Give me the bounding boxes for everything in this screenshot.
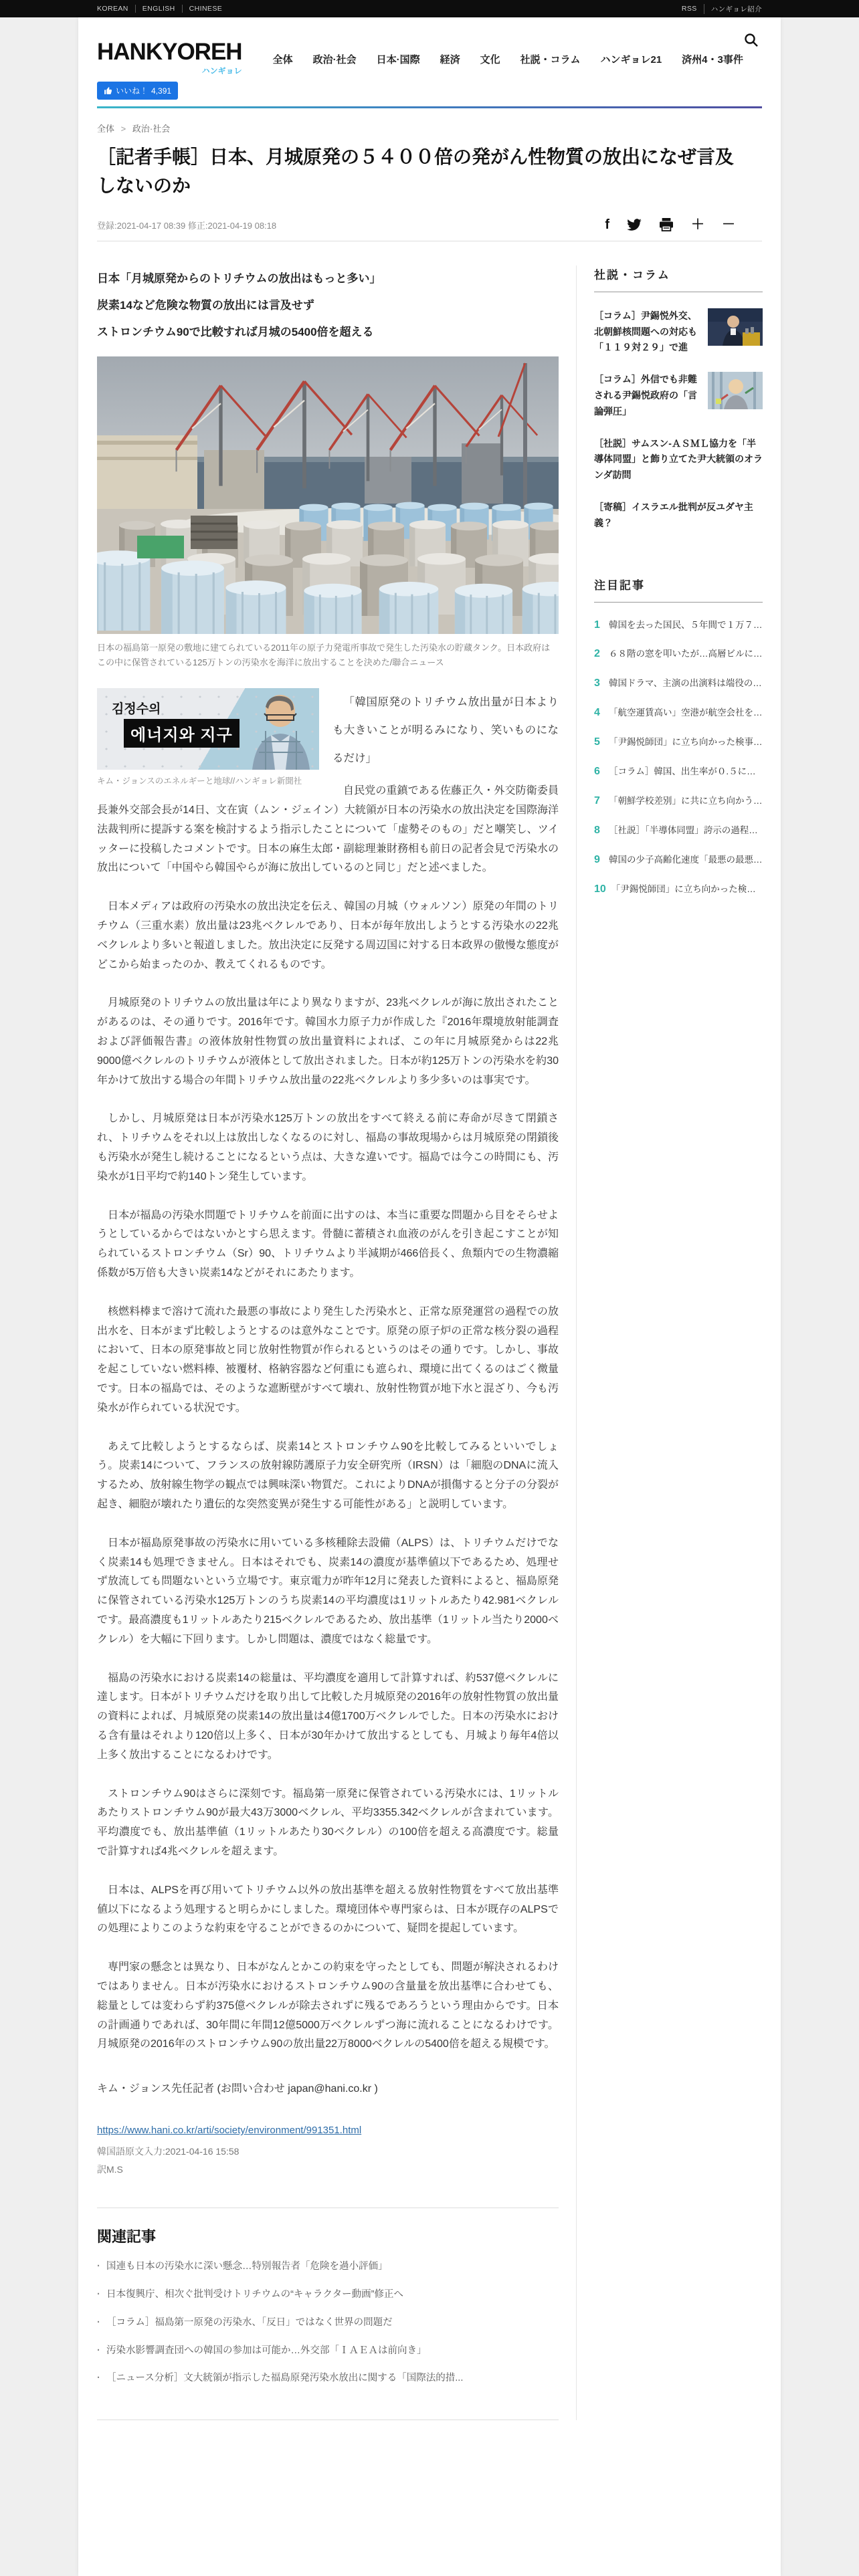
featured-item-title: 「尹錫悦師団」に立ち向かった検事と「ソウ... [611,883,763,896]
nav-culture[interactable]: 文化 [480,52,500,66]
article-paragraph: ストロンチウム90はさらに深刻です。福島第一原発に保管されている汚染水には、1リ… [97,1785,559,1862]
lang-english-link[interactable]: ENGLISH [135,5,175,13]
lede-line: 日本「月城原発からのトリチウムの放出はもっと多い」 [97,265,559,292]
photo-caption: 日本の福島第一原発の敷地に建てられている2011年の原子力発電所事故で発生した汚… [97,641,559,671]
editorial-item-title: ［社説］サムスン-ＡＳＭＬ協力を「半導体同盟」と飾り立てた尹大統領のオランダ訪問 [594,436,763,484]
featured-item[interactable]: 8［社説］「半導体同盟」誇示の過程で韓国大使... [594,825,763,837]
article-paragraph: 日本は、ALPSを再び用いてトリチウム以外の放出基準を超える放射性物質をすべて放… [97,1881,559,1939]
sidebar: 社説・コラム ［コラム］尹錫悦外交、北朝鮮核問題への対応も「１１９対２９」で進 … [577,265,763,2420]
lede-line: ストロンチウム90で比較すれば月城の5400倍を超える [97,319,559,346]
editorial-item[interactable]: ［コラム］尹錫悦外交、北朝鮮核問題への対応も「１１９対２９」で進 [594,308,763,356]
article-lede: 日本「月城原発からのトリチウムの放出はもっと多い」 炭素14など危険な物質の放出… [97,265,559,346]
featured-item-title: 韓国の少子高齢化速度「最悪の最悪」…すべて... [609,854,763,867]
featured-item-rank: 7 [594,795,603,807]
font-larger-icon[interactable]: ＋ [691,218,704,231]
related-article-link[interactable]: 日本復興庁、相次ぐ批判受けトリチウムの“キャラクター動画”修正へ [97,2288,559,2302]
related-articles-heading: 関連記事 [97,2226,559,2246]
featured-item-rank: 5 [594,736,603,748]
editorial-item-title: ［寄稿］イスラエル批判が反ユダヤ主義？ [594,500,763,532]
sidebar-divider [594,292,763,292]
featured-item[interactable]: 4「航空運賃高い」空港が航空会社を批判…値上... [594,707,763,720]
featured-item-rank: 1 [594,619,603,631]
article-photo-figure: 日本の福島第一原発の敷地に建てられている2011年の原子力発電所事故で発生した汚… [97,356,559,671]
editorial-item[interactable]: ［コラム］外信でも非難される尹錫悦政府の「言論弾圧」 [594,372,763,419]
translator-credit: 訳M.S [97,2161,559,2179]
featured-item-rank: 6 [594,766,603,778]
featured-item-title: ６８階の窓を叩いたが…高層ビルに登ってきた... [609,648,763,661]
sidebar-featured-heading: 注目記事 [594,576,763,593]
related-articles-section: 関連記事 国連も日本の汚染水に深い懸念…特別報告者「危険を過小評価」 日本復興庁… [97,2208,559,2420]
nav-jeju43[interactable]: 済州4・3事件 [682,52,743,66]
about-hankyoreh-link[interactable]: ハンギョレ紹介 [704,4,762,14]
featured-item-rank: 8 [594,825,603,837]
featured-item[interactable]: 3韓国ドラマ、主演の出演料は端役の最大２千倍... [594,677,763,690]
page-container: HANKYOREH ハンギョレ いいね！ 4,391 全体 政治·社会 日本·国… [78,17,781,2576]
header-accent-line [97,106,762,108]
related-articles-list: 国連も日本の汚染水に深い懸念…特別報告者「危険を過小評価」 日本復興庁、相次ぐ批… [97,2260,559,2386]
thumbs-up-icon [104,86,112,95]
breadcrumb: 全体 > 政治·社会 [97,122,762,134]
print-icon[interactable] [659,218,674,231]
article-body-column: 日本「月城原発からのトリチウムの放出はもっと多い」 炭素14など危険な物質の放出… [97,265,577,2420]
article-paragraph: 日本が福島原発事故の汚染水に用いている多核種除去設備（ALPS）は、トリチウムだ… [97,1534,559,1650]
page-title: ［記者手帳］日本、月城原発の５４００倍の発がん性物質の放出になぜ言及しないのか [97,142,739,201]
editorial-item-title: ［コラム］尹錫悦外交、北朝鮮核問題への対応も「１１９対２９」で進 [594,308,700,356]
article-meta-row: 登録:2021-04-17 08:39 修正:2021-04-19 08:18 … [97,218,762,241]
featured-item-title: 韓国ドラマ、主演の出演料は端役の最大２千倍... [609,677,763,690]
related-article-link[interactable]: 国連も日本の汚染水に深い懸念…特別報告者「危険を過小評価」 [97,2260,559,2274]
related-article-link[interactable]: ［ニュース分析］文大統領が指示した福島原発汚染水放出に関する「国際法的措... [97,2371,559,2386]
featured-item[interactable]: 9韓国の少子高齢化速度「最悪の最悪」…すべて... [594,854,763,867]
search-button[interactable] [743,32,759,50]
article-paragraph: 核燃料棒まで溶けて流れた最悪の事故により発生した汚染水と、正常な原発運営の過程で… [97,1303,559,1418]
featured-item-rank: 9 [594,854,603,866]
breadcrumb-home[interactable]: 全体 [97,124,114,134]
related-article-link[interactable]: ［コラム］福島第一原発の汚染水、「反日」ではなく世界の問題だ [97,2316,559,2331]
lede-line: 炭素14など危険な物質の放出には言及せず [97,292,559,319]
fukushima-tank-farm-photo [97,356,559,634]
editorial-item-thumbnail [708,308,763,346]
featured-item[interactable]: 2６８階の窓を叩いたが…高層ビルに登ってきた... [594,648,763,661]
main-nav: 全体 政治·社会 日本·国際 経済 文化 社説・コラム ハンギョレ21 済州4・… [273,52,743,66]
featured-item-title: 「朝鮮学校差別」に共に立ち向かう日本の市民... [609,795,763,808]
source-article-link[interactable]: https://www.hani.co.kr/arti/society/envi… [97,2125,559,2136]
twitter-share-icon[interactable] [627,219,642,231]
nav-hankyoreh21[interactable]: ハンギョレ21 [600,52,662,66]
like-label: いいね！ [116,85,148,96]
featured-item[interactable]: 7「朝鮮学校差別」に共に立ち向かう日本の市民... [594,795,763,808]
breadcrumb-separator: > [121,124,126,134]
nav-economy[interactable]: 経済 [440,52,460,66]
author-banner-image: 김정수의 에너지와 지구 [97,688,319,770]
featured-item-title: 「尹錫悦師団」に立ち向かった検事と「ソウル... [609,736,763,749]
article-paragraph: 自民党の重鎮である佐藤正久・外交防衛委員長兼外交部会長が14日、文在寅（ムン・ジ… [97,782,559,878]
featured-item[interactable]: 1韓国を去った国民、５年間で１万７千人…移住... [594,619,763,632]
nav-editorial-column[interactable]: 社説・コラム [520,52,581,66]
editorial-item[interactable]: ［寄稿］イスラエル批判が反ユダヤ主義？ [594,500,763,532]
breadcrumb-section[interactable]: 政治·社会 [132,124,170,134]
featured-list: 1韓国を去った国民、５年間で１万７千人…移住... 2６８階の窓を叩いたが…高層… [594,619,763,896]
article-text-section: 김정수의 에너지와 지구 キム・ジョンスのエネルギーと地球//ハンギョレ [97,688,559,2178]
featured-item-title: ［社説］「半導体同盟」誇示の過程で韓国大使... [609,825,763,837]
like-count: 4,391 [151,86,171,96]
site-header: HANKYOREH ハンギョレ いいね！ 4,391 全体 政治·社会 日本·国… [97,17,762,100]
site-logo[interactable]: HANKYOREH [97,40,242,64]
featured-item-title: ［コラム］韓国、出生率が０.５になったとして... [609,766,763,778]
nav-japan-international[interactable]: 日本·国際 [377,52,420,66]
featured-item-title: 韓国を去った国民、５年間で１万７千人…移住... [609,619,763,632]
featured-item[interactable]: 6［コラム］韓国、出生率が０.５になったとして... [594,766,763,778]
related-article-link[interactable]: 汚染水影響調査団への韓国の参加は可能か…外交部「ＩＡＥＡは前向き」 [97,2344,559,2359]
editorial-item[interactable]: ［社説］サムスン-ＡＳＭＬ協力を「半導体同盟」と飾り立てた尹大統領のオランダ訪問 [594,436,763,484]
author-banner-caption: キム・ジョンスのエネルギーと地球//ハンギョレ新聞社 [97,775,319,788]
site-logo-subtitle: ハンギョレ [97,65,242,76]
article-paragraph: 日本が福島の汚染水問題でトリチウムを前面に出すのは、本当に重要な問題から目をそら… [97,1206,559,1283]
sidebar-editorial-heading: 社説・コラム [594,265,763,282]
article-paragraph: しかし、月城原発は日本が汚染水125万トンの放出をすべて終える前に寿命が尽きて閉… [97,1109,559,1186]
featured-item-rank: 2 [594,648,603,660]
nav-politics-society[interactable]: 政治·社会 [313,52,357,66]
featured-item-rank: 10 [594,883,606,895]
article-paragraph: 専門家の懸念とは異なり、日本がなんとかこの約束を守ったとしても、問題が解決される… [97,1958,559,2054]
font-smaller-icon[interactable]: － [722,218,735,231]
featured-item-rank: 4 [594,707,603,719]
featured-item[interactable]: 5「尹錫悦師団」に立ち向かった検事と「ソウル... [594,736,763,749]
author-portrait [239,688,319,770]
lang-chinese-link[interactable]: CHINESE [182,5,222,13]
article-dates: 登録:2021-04-17 08:39 修正:2021-04-19 08:18 [97,219,276,231]
lang-korean-link[interactable]: KOREAN [97,5,128,13]
article-byline: キム・ジョンス先任記者 (お問い合わせ japan@hani.co.kr ) [97,2080,559,2095]
facebook-like-button[interactable]: いいね！ 4,391 [97,82,178,100]
article-paragraph: 月城原発のトリチウムの放出量は年により異なりますが、23兆ベクレルが海に放出され… [97,994,559,1090]
search-icon [743,40,759,50]
share-toolbar: f ＋ － [605,218,762,231]
article-paragraph: 日本メディアは政府の汚染水の放出決定を伝え、韓国の月城（ウォルソン）原発の年間の… [97,897,559,974]
author-banner-block: 김정수의 에너지와 지구 キム・ジョンスのエネルギーと地球//ハンギョレ [97,688,319,788]
article-paragraph: あえて比較しようとするならば、炭素14とストロンチウム90を比較してみるといいで… [97,1438,559,1515]
facebook-share-icon[interactable]: f [605,218,609,231]
rss-link[interactable]: RSS [682,5,697,13]
sidebar-divider [594,602,763,603]
featured-item-title: 「航空運賃高い」空港が航空会社を批判…値上... [609,707,763,720]
article-paragraph: 福島の汚染水における炭素14の総量は、平均濃度を適用して計算すれば、約537億ベ… [97,1669,559,1765]
featured-item[interactable]: 10「尹錫悦師団」に立ち向かった検事と「ソウ... [594,883,763,896]
editorial-item-title: ［コラム］外信でも非難される尹錫悦政府の「言論弾圧」 [594,372,700,419]
author-banner-korean-title: 에너지와 지구 [124,719,240,748]
top-utility-bar: KOREAN ENGLISH CHINESE RSS ハンギョレ紹介 [0,0,859,17]
editorial-item-thumbnail [708,372,763,409]
author-banner-korean-name: 김정수의 [112,699,161,717]
featured-item-rank: 3 [594,677,603,689]
nav-all[interactable]: 全体 [273,52,293,66]
original-input-date: 韓国語原文入力:2021-04-16 15:58 [97,2143,559,2161]
sidebar-featured-section: 注目記事 1韓国を去った国民、５年間で１万７千人…移住... 2６８階の窓を叩い… [594,576,763,896]
